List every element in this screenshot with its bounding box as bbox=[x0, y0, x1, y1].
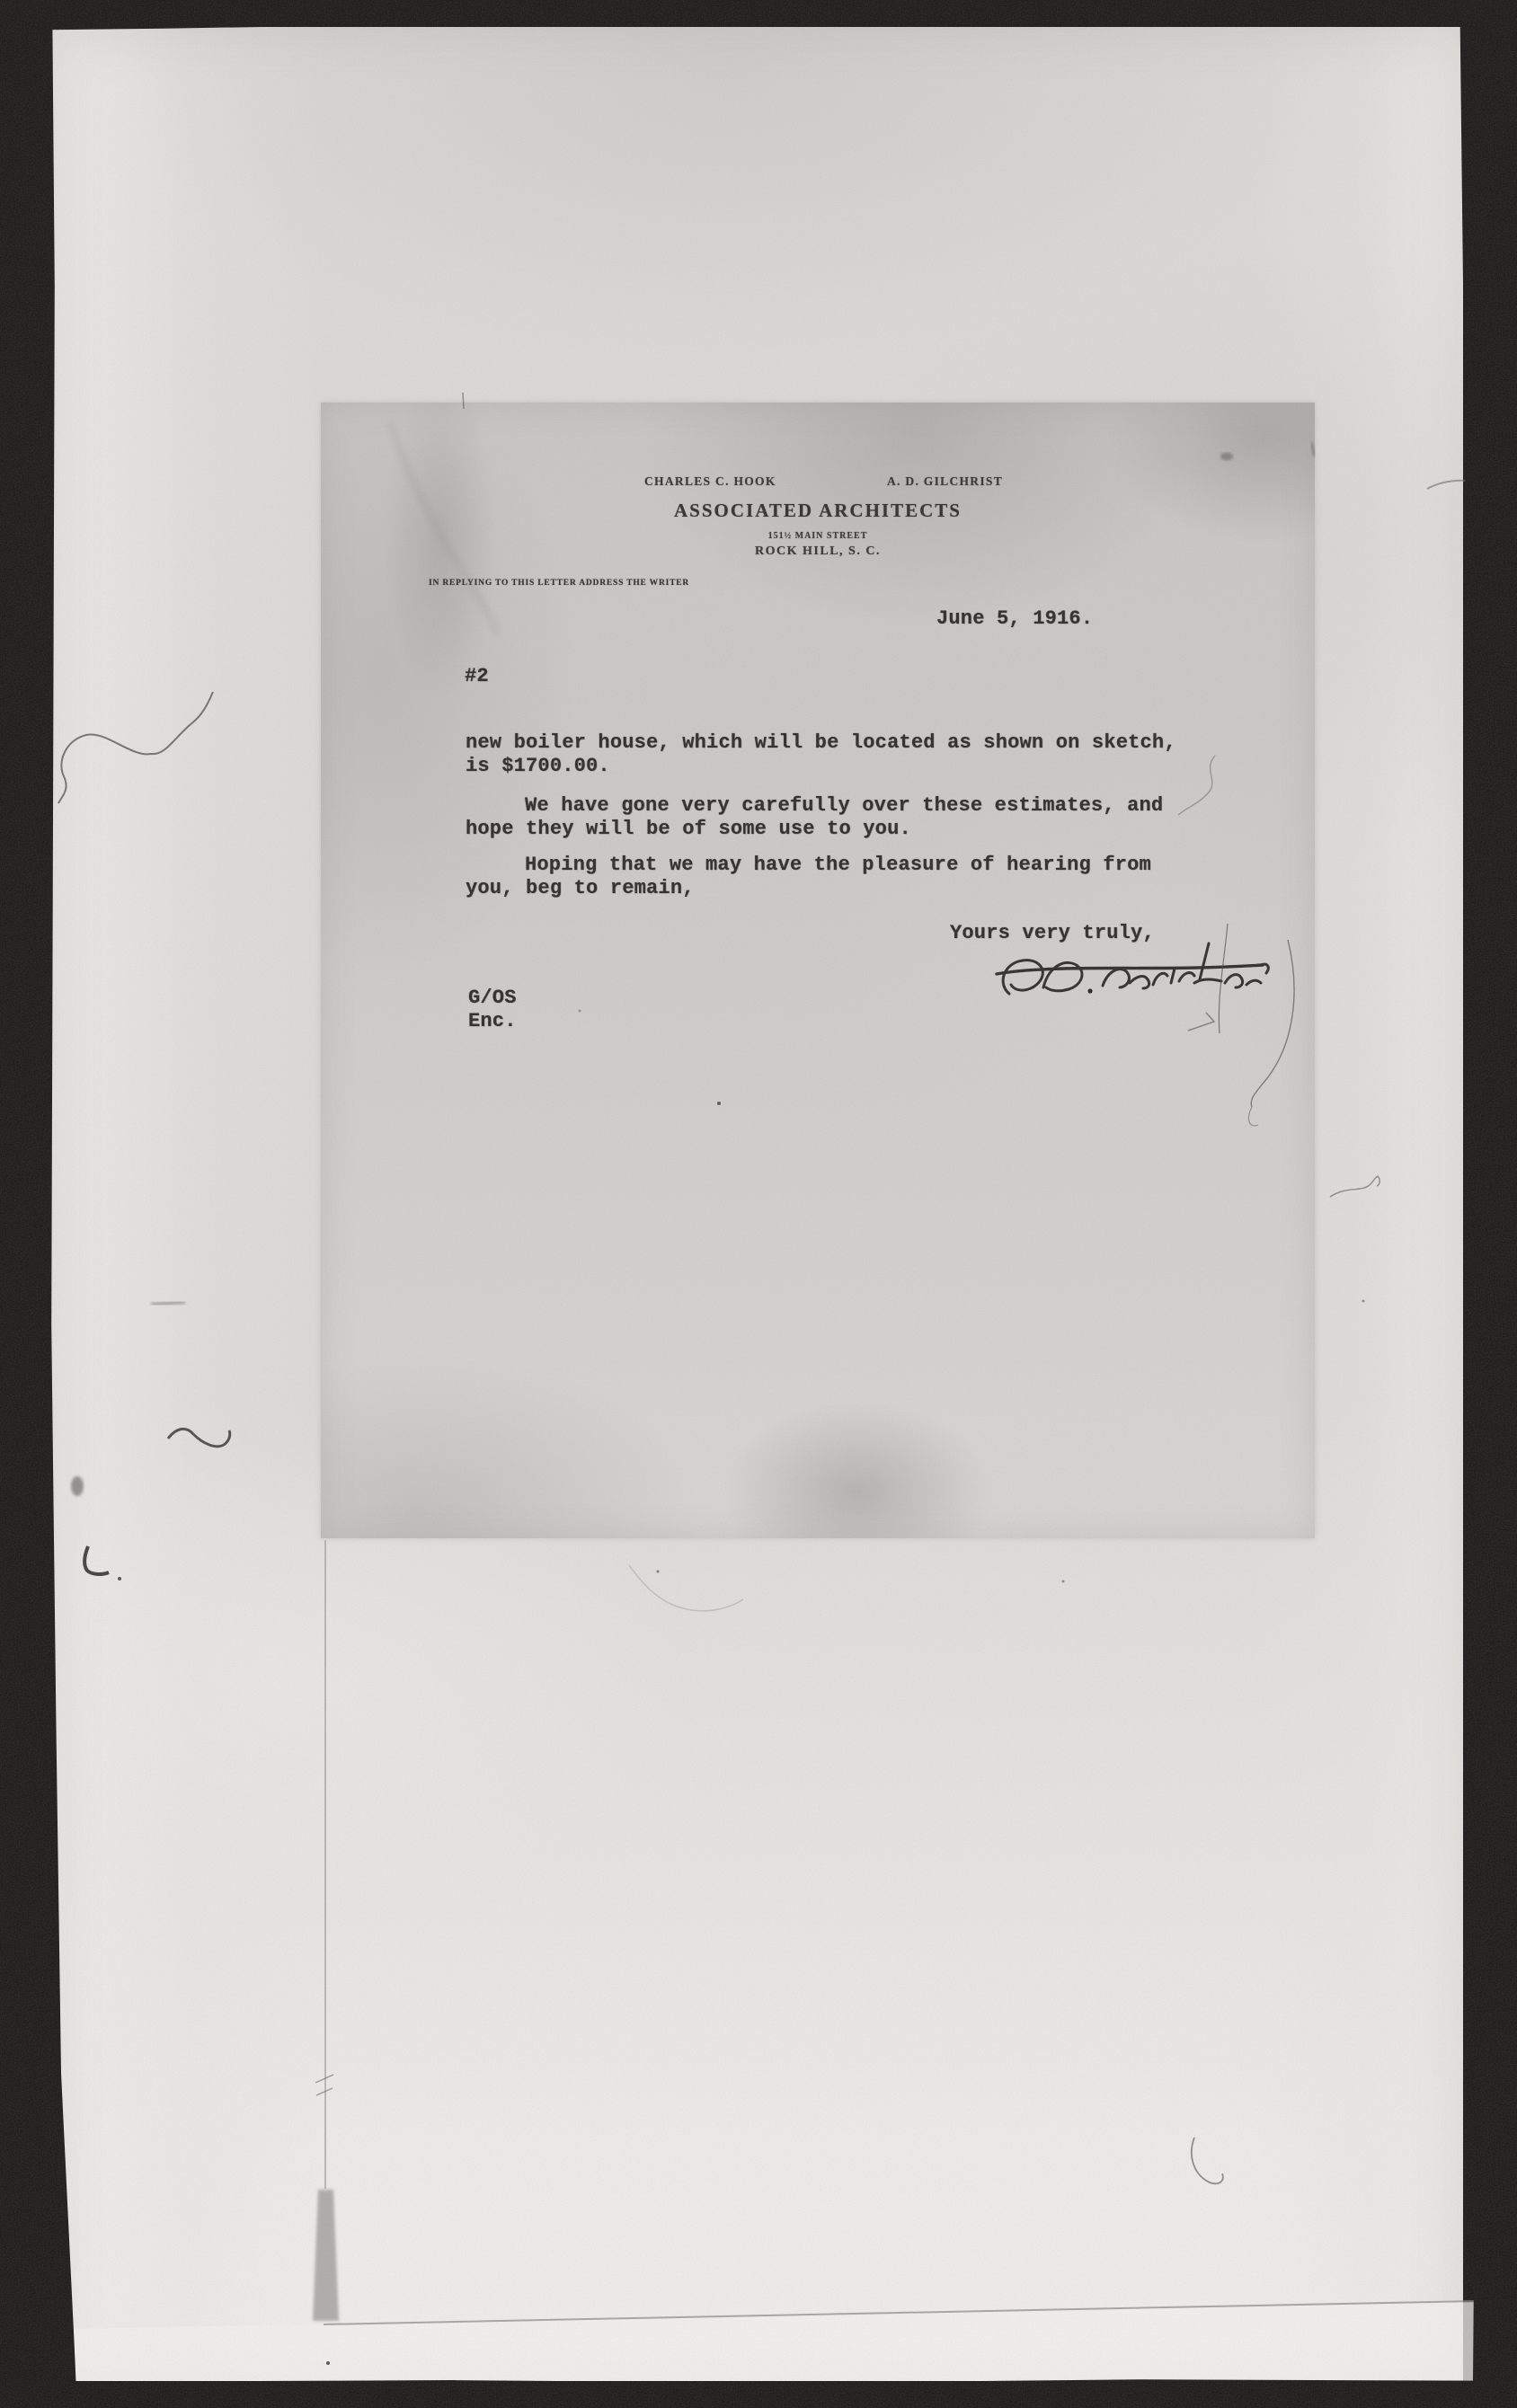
body-line: is $1700.00. bbox=[466, 755, 610, 778]
letterhead-partner-left: CHARLES C. HOOK bbox=[644, 474, 776, 489]
body-line: hope they will be of some use to you. bbox=[466, 818, 911, 841]
page-number-marker: #2 bbox=[465, 665, 489, 688]
enclosure-note: Enc. bbox=[468, 1010, 517, 1033]
letterhead-firm-name: ASSOCIATED ARCHITECTS bbox=[321, 500, 1315, 522]
document-page: CHARLES C. HOOK A. D. GILCHRIST ASSOCIAT… bbox=[50, 27, 1463, 2381]
body-line: you, beg to remain, bbox=[466, 877, 695, 900]
typist-initials: G/OS bbox=[468, 987, 517, 1010]
letterhead-street-address: 151½ MAIN STREET bbox=[321, 531, 1315, 541]
letter-sheet: CHARLES C. HOOK A. D. GILCHRIST ASSOCIAT… bbox=[321, 403, 1315, 1538]
handwritten-signature bbox=[995, 916, 1282, 1015]
body-line: new boiler house, which will be located … bbox=[466, 731, 1176, 755]
letterhead-city-state: ROCK HILL, S. C. bbox=[321, 544, 1315, 559]
letterhead-reply-note: IN REPLYING TO THIS LETTER ADDRESS THE W… bbox=[429, 579, 689, 588]
letter-date: June 5, 1916. bbox=[936, 607, 1093, 631]
film-border-right bbox=[1456, 0, 1517, 2408]
body-line: We have gone very carefully over these e… bbox=[525, 794, 1163, 818]
film-border-bottom bbox=[0, 2377, 1517, 2408]
microfilm-frame: CHARLES C. HOOK A. D. GILCHRIST ASSOCIAT… bbox=[0, 0, 1517, 2408]
body-line: Hoping that we may have the pleasure of … bbox=[525, 854, 1151, 877]
letterhead-partner-right: A. D. GILCHRIST bbox=[887, 474, 1003, 489]
film-border-top bbox=[0, 0, 1517, 31]
